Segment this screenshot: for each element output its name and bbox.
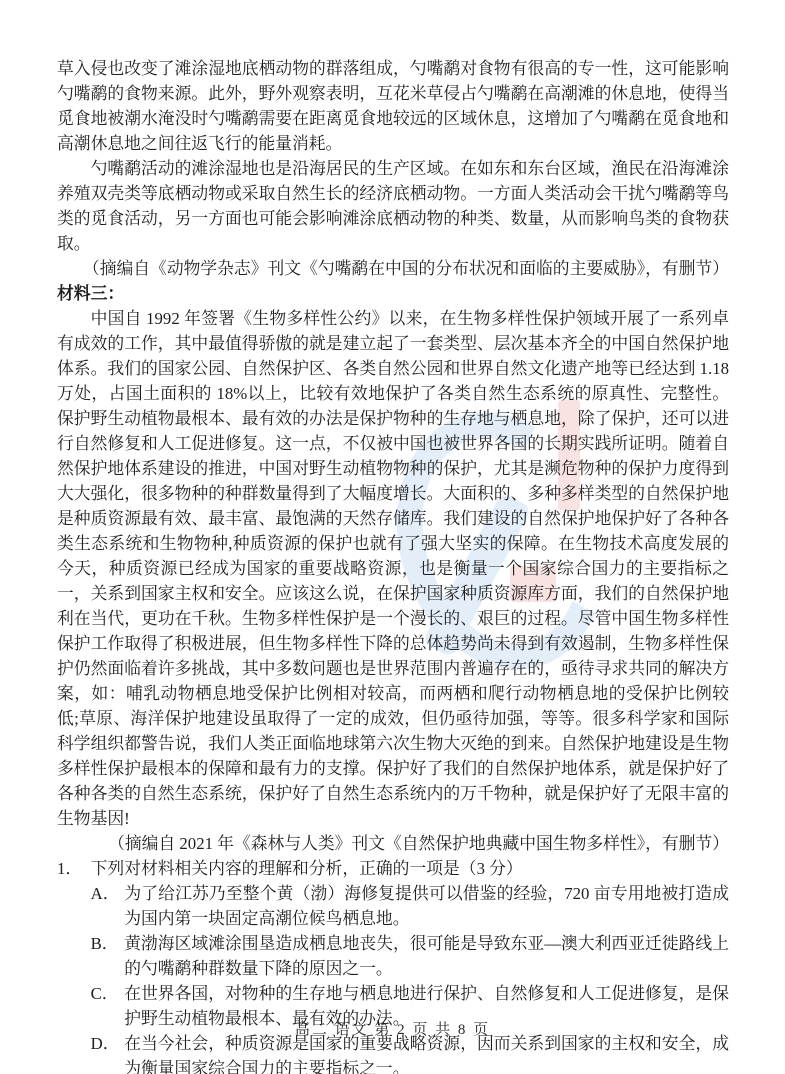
- exam-page: 草入侵也改变了滩涂湿地底栖动物的群落组成，勺嘴鹬对食物有很高的专一性，这可能影响…: [0, 0, 785, 1074]
- material2-paragraph-2: 勺嘴鹬活动的滩涂湿地也是沿海居民的生产区域。在如东和东台区域，渔民在沿海滩涂养殖…: [57, 156, 729, 256]
- option-a-label: A．: [91, 881, 125, 906]
- option-b-label: B．: [91, 931, 125, 956]
- material3-paragraph: 中国自 1992 年签署《生物多样性公约》以来，在生物多样性保护领域开展了一系列…: [57, 306, 729, 831]
- question1-option-b: B．黄渤海区域滩涂围垦造成栖息地丧失，很可能是导致东亚—澳大利西亚迁徙路线上的勺…: [91, 931, 729, 981]
- option-d-text: 在当今社会，种质资源是国家的重要战略资源，因而关系到国家的主权和安全，成为衡量国…: [124, 1034, 729, 1074]
- question1-option-a: A．为了给江苏乃至整个黄（渤）海修复提供可以借鉴的经验，720 亩专用地被打造成…: [91, 881, 729, 931]
- material2-paragraph-continuation: 草入侵也改变了滩涂湿地底栖动物的群落组成，勺嘴鹬对食物有很高的专一性，这可能影响…: [57, 56, 729, 156]
- option-c-label: C．: [91, 981, 125, 1006]
- material3-citation: （摘编自 2021 年《森林与人类》刊文《自然保护地典藏中国生物多样性》，有删节…: [57, 831, 729, 856]
- material2-citation: （摘编自《动物学杂志》刊文《勺嘴鹬在中国的分布状况和面临的主要威胁》，有删节）: [57, 256, 729, 281]
- option-a-text: 为了给江苏乃至整个黄（渤）海修复提供可以借鉴的经验，720 亩专用地被打造成为国…: [124, 884, 729, 928]
- option-b-text: 黄渤海区域滩涂围垦造成栖息地丧失，很可能是导致东亚—澳大利西亚迁徙路线上的勺嘴鹬…: [124, 934, 729, 978]
- question1-number: 1．: [57, 856, 91, 881]
- page-content: 草入侵也改变了滩涂湿地底栖动物的群落组成，勺嘴鹬对食物有很高的专一性，这可能影响…: [57, 56, 729, 1074]
- question1-stem: 下列对材料相关内容的理解和分析，正确的一项是（3 分）: [91, 859, 523, 878]
- material3-heading: 材料三：: [57, 281, 729, 306]
- question1-stem-line: 1．下列对材料相关内容的理解和分析，正确的一项是（3 分）: [57, 856, 729, 881]
- page-footer: 高二 语文 第 2 页 共 8 页: [0, 1018, 785, 1039]
